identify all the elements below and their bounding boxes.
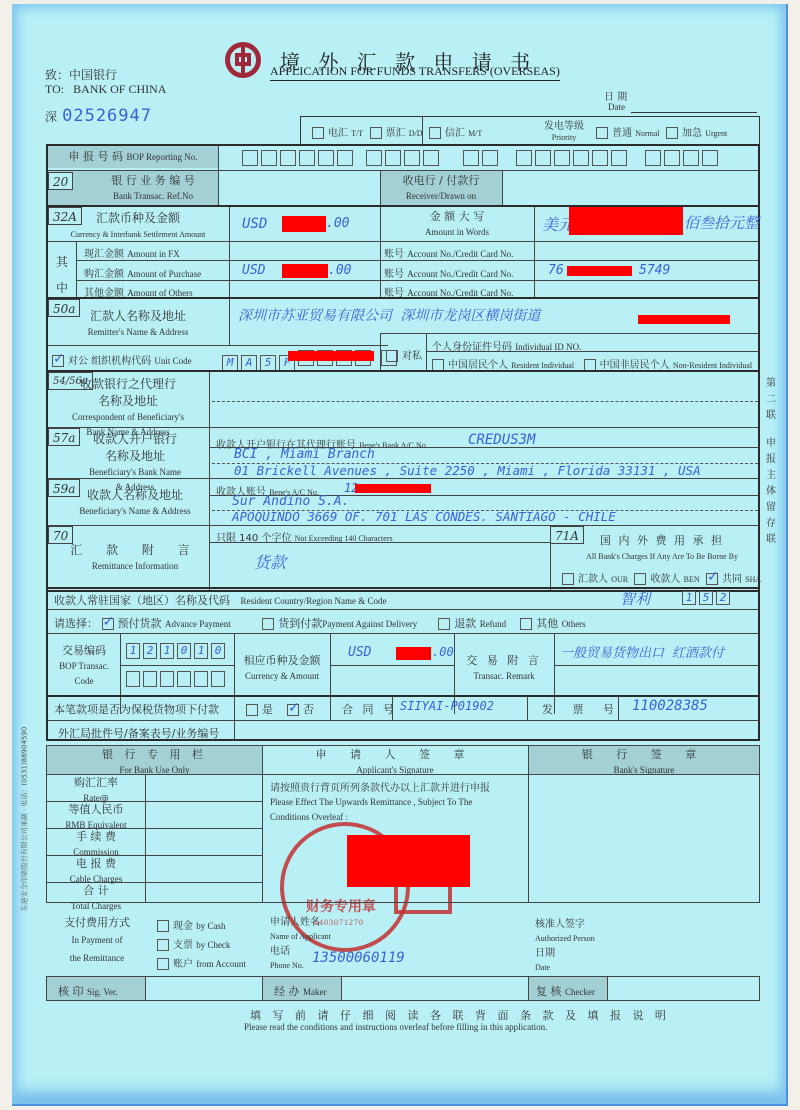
private-option: 对私 — [386, 347, 422, 362]
applicant-phone-label: 电话Phone No. — [270, 945, 304, 973]
breakdown-side-label: 其 中 — [56, 249, 72, 301]
acct-fx-input[interactable] — [536, 243, 756, 259]
transaction-amount-suffix: .00 — [432, 645, 454, 659]
receiver-label: 收电行 / 付款行Receiver/Drawn on — [380, 174, 502, 204]
remitter-label: 汇款人名称及地址Remitter's Name & Address — [48, 308, 228, 340]
redacted-account — [567, 266, 632, 276]
priority-options: 普通 Normal 加急 Urgent — [596, 124, 727, 139]
charges-sha-option[interactable]: 共同 SHA — [706, 574, 761, 585]
bonded-no-option[interactable]: 否 — [287, 703, 314, 716]
country-code-boxes[interactable]: 152 — [682, 591, 733, 605]
applicant-instruction-en: Please Effect The Upwards Remittance , S… — [270, 795, 510, 825]
tt-checkbox[interactable] — [312, 127, 324, 139]
sig-ver-label: 核 印 Sig. Ver. — [58, 983, 118, 999]
safe-approval-input[interactable] — [236, 722, 756, 739]
amount-purchase-label: 购汇金额 Amount of Purchase — [84, 265, 201, 280]
currency-amount-value[interactable]: USD — [242, 216, 267, 232]
form-title-en: APPLICATION FOR FUNDS TRANSFERS (OVERSEA… — [270, 64, 560, 81]
beneficiary-label: 收款人名称及地址Beneficiary's Name & Address — [62, 487, 208, 519]
date-field[interactable] — [631, 112, 757, 113]
others-checkbox[interactable] — [520, 618, 532, 630]
bonded-yes-option[interactable]: 是 — [246, 703, 273, 716]
pay-account-option[interactable]: 账户 from Account — [157, 955, 246, 974]
serial-number: 深 02526947 — [45, 106, 152, 126]
sha-checkbox[interactable] — [706, 573, 718, 585]
applicant-name-label: 申请人姓名Name of Applicant — [270, 916, 331, 944]
copy-purpose-label: 申报主体留存联 — [764, 436, 778, 548]
tt-option[interactable]: 电汇 T/T — [312, 128, 363, 139]
mt-option[interactable]: 信汇 M/T — [429, 128, 482, 139]
amount-fx-input[interactable] — [232, 243, 378, 259]
payment-method-options: 现金 by Cash 支票 by Check 账户 from Account — [157, 917, 246, 974]
date-label-en: Date — [608, 102, 625, 112]
dd-checkbox[interactable] — [370, 127, 382, 139]
to-en-label: TO: BANK OF CHINA — [45, 82, 166, 97]
ben-checkbox[interactable] — [634, 573, 646, 585]
footer-note-en: Please read the conditions and instructi… — [244, 1022, 547, 1032]
bonded-options: 是 否 — [246, 701, 314, 717]
total-charges-label: 合 计Total Charges — [47, 884, 145, 914]
beneficiary-line2[interactable]: APOQUINDO 3669 OF. 701 LAS CONDES. SANTI… — [232, 509, 616, 524]
redacted-purchase-amount — [282, 264, 328, 278]
advance-payment-option[interactable]: 预付货款 Advance Payment — [102, 617, 231, 630]
checker-label: 复 核 Checker — [536, 983, 595, 999]
footer-note-cn: 填 写 前 请 仔 细 阅 读 各 联 背 面 条 款 及 填 报 说 明 — [250, 1007, 670, 1023]
applicant-phone-value[interactable]: 13500060119 — [312, 950, 405, 966]
currency-amount-label: 汇款币种及金额Currency & Interbank Settlement A… — [48, 210, 228, 242]
bene-bank-acct-value[interactable]: CREDUS3M — [468, 432, 535, 448]
receiver-input[interactable] — [503, 172, 757, 204]
acct-others-input[interactable] — [536, 282, 756, 296]
normal-option[interactable]: 普通 Normal — [596, 128, 660, 139]
redacted-stamp — [347, 835, 470, 887]
mt-checkbox[interactable] — [429, 127, 441, 139]
payment-type-row: 请选择： 预付货款 Advance Payment 货到付款Payment Ag… — [54, 615, 586, 631]
charges-our-option[interactable]: 汇款人 OUR — [562, 574, 628, 585]
invoice-no-label: 发 票 号 — [542, 701, 622, 717]
redacted-address — [638, 315, 730, 324]
acct-fx-label: 账号 Account No./Credit Card No. — [384, 245, 513, 260]
charges-ben-option[interactable]: 收款人 BEN — [634, 574, 699, 585]
remittance-form-sheet: 境 外 汇 款 申 请 书 APPLICATION FOR FUNDS TRAN… — [12, 4, 788, 1106]
amount-purchase-suffix: .00 — [328, 263, 351, 278]
to-cn-label: 致：中国银行 — [45, 66, 117, 83]
pay-cash-option[interactable]: 现金 by Cash — [157, 917, 246, 936]
bene-bank-label: 收款人开户银行名称及地址Beneficiary's Bank Name& Add… — [62, 431, 208, 494]
advance-payment-checkbox[interactable] — [102, 618, 114, 630]
currency-amount-label-2: 相应币种及金额Currency & Amount — [234, 654, 330, 684]
acct-purchase-value[interactable]: 76 — [548, 263, 564, 278]
dd-option[interactable]: 票汇 D/D — [370, 128, 423, 139]
payment-against-delivery-checkbox[interactable] — [262, 618, 274, 630]
our-checkbox[interactable] — [562, 573, 574, 585]
redacted-unit-code — [288, 351, 374, 361]
redacted-transaction-amount — [396, 647, 431, 660]
bonded-goods-label: 本笔款项是否为保税货物项下付款 — [54, 701, 219, 717]
payment-against-delivery-option[interactable]: 货到付款Payment Against Delivery — [262, 617, 417, 630]
bank-ref-input[interactable] — [219, 172, 379, 204]
safe-approval-label: 外汇局批件号/备案表号/业务编号 — [58, 725, 219, 741]
authorized-person-label: 核准人签字Authorized Person — [535, 918, 595, 946]
pay-check-option[interactable]: 支票 by Check — [157, 936, 246, 955]
amount-purchase-value[interactable]: USD — [242, 263, 265, 278]
remittance-info-label: 汇 款 附 言Remittance Information — [62, 542, 208, 574]
redacted-amount-words — [569, 207, 683, 235]
private-checkbox[interactable] — [386, 350, 398, 362]
redacted-bene-account — [355, 484, 431, 493]
date-label-cn: 日 期 — [604, 88, 627, 103]
contract-no-value[interactable]: SIIYAI-P01902 — [400, 699, 494, 713]
normal-checkbox[interactable] — [596, 127, 608, 139]
bene-bank-line1[interactable]: BCI , Miami Branch — [234, 447, 375, 462]
bonded-no-checkbox[interactable] — [287, 704, 299, 716]
acct-purchase-label: 账号 Account No./Credit Card No. — [384, 265, 513, 280]
transaction-remark-label: 交 易 附 言Transac. Remark — [454, 654, 554, 684]
cash-checkbox[interactable] — [157, 920, 169, 932]
bop-code-boxes-2[interactable] — [126, 671, 228, 691]
resident-country-label: 收款人常驻国家（地区）名称及代码 Resident Country/Region… — [54, 592, 386, 608]
account-checkbox[interactable] — [157, 958, 169, 970]
priority-label: 发电等级Priority — [544, 117, 584, 143]
correspondent-line2-input[interactable] — [212, 403, 756, 425]
bank-ref-label: 银 行 业 务 编 号Bank Transac. Ref.No — [88, 174, 218, 204]
beneficiary-line1[interactable]: Sur Andino S.A. — [232, 494, 349, 509]
maker-label: 经 办 Maker — [274, 983, 327, 999]
corporate-checkbox[interactable] — [52, 355, 64, 367]
amount-words-suffix: 佰叁拾元整 — [684, 212, 759, 233]
bottom-row — [46, 976, 760, 1001]
method-options: 电汇 T/T 票汇 D/D 信汇 M/T — [312, 124, 482, 139]
bank-date-label: 日期Date — [535, 947, 555, 975]
redacted-amount — [282, 216, 326, 232]
resident-country-value[interactable]: 智利 — [620, 588, 650, 609]
printer-info: 东港安全印刷股份有限公司承制 · 电话：(0531)88904590 — [19, 727, 29, 912]
bop-number-boxes[interactable] — [242, 150, 721, 170]
residency-options: 中国居民个人 Resident Individual 中国非居民个人 Non-R… — [432, 356, 752, 371]
acct-purchase-suffix: 5749 — [639, 263, 670, 278]
bop-code-label: 交易编码BOP Transac.Code — [48, 644, 120, 689]
amount-fx-label: 现汇金额 Amount in FX — [84, 245, 180, 260]
check-checkbox[interactable] — [157, 939, 169, 951]
remitter-value[interactable]: 深圳市苏亚贸易有限公司 深圳市龙岗区横岗街道 — [238, 305, 540, 325]
invoice-no-value[interactable]: 110028385 — [632, 698, 708, 714]
urgent-option[interactable]: 加急 Urgent — [666, 128, 727, 139]
bonded-yes-checkbox[interactable] — [246, 704, 258, 716]
bank-of-china-logo-icon — [225, 42, 261, 78]
contract-no-label: 合 同 号 — [342, 701, 397, 717]
charges-label: 国 内 外 费 用 承 担All Bank's Charges If Any A… — [567, 534, 757, 564]
bene-bank-line2[interactable]: 01 Brickell Avenues , Suite 2250 , Miami… — [234, 463, 701, 478]
amount-others-input[interactable] — [232, 282, 378, 296]
field-20-tag: 20 — [48, 172, 73, 190]
refund-checkbox[interactable] — [438, 618, 450, 630]
corporate-row: 对公 组织机构代码 Unit Code — [52, 352, 192, 367]
bop-label: 申 报 号 码 BOP Reporting No. — [48, 150, 218, 165]
charges-options: 汇款人 OUR 收款人 BEN 共同 SHA — [562, 570, 761, 585]
correspondent-line1-input[interactable] — [212, 374, 756, 398]
bop-code-boxes[interactable]: 121010 — [126, 643, 228, 659]
refund-option[interactable]: 退款 Refund — [438, 617, 506, 630]
urgent-checkbox[interactable] — [666, 127, 678, 139]
copy-label: 第二联 — [764, 376, 778, 424]
applicant-instruction-cn: 请按照贵行背页所列条款代办以上汇款并进行申报 — [270, 779, 490, 794]
amount-words-label: 金 额 大 写Amount in Words — [380, 210, 534, 240]
currency-amount-suffix: .00 — [326, 216, 349, 231]
transaction-remark-value[interactable]: 一般贸易货物出口 红酒款付 — [560, 642, 724, 661]
remittance-info-value[interactable]: 货款 — [254, 550, 286, 573]
payment-method-label: 支付费用方式In Payment ofthe Remittance — [52, 914, 142, 967]
bop-table — [46, 587, 760, 741]
others-option[interactable]: 其他 Others — [520, 617, 586, 630]
transaction-amount-value[interactable]: USD — [348, 645, 371, 660]
